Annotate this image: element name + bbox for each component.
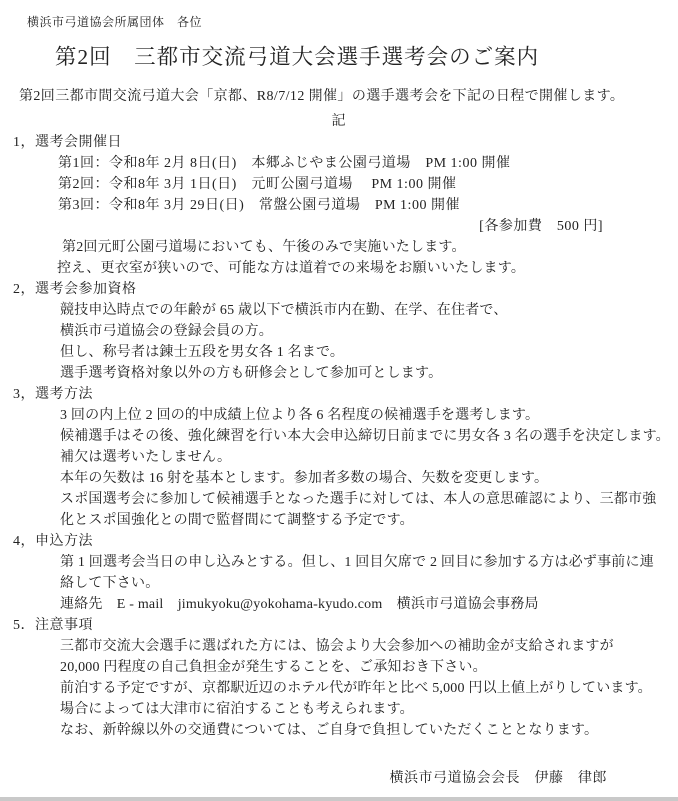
record-marker: 記 [0, 111, 678, 132]
section-5-line: 20,000 円程度の自己負担金が発生することを、ご承知おき下さい。 [0, 657, 678, 678]
section-2-line: 競技申込時点での年齢が 65 歳以下で横浜市内在勤、在学、在住者で、 [0, 300, 678, 321]
section-3-line: 補欠は選考いたしません。 [0, 447, 678, 468]
section-2-line: 但し、称号者は錬士五段を男女各 1 名まで。 [0, 342, 678, 363]
section-3-heading: 3，選考方法 [0, 384, 678, 405]
section-2-heading: 2，選考会参加資格 [0, 279, 678, 300]
section-4-line: 絡して下さい。 [0, 573, 678, 594]
section-3-line: 3 回の内上位 2 回の的中成績上位より各 6 名程度の候補選手を選考します。 [0, 405, 678, 426]
contact-email-line: 連絡先 E - mail jimukyoku@yokohama-kyudo.co… [0, 594, 678, 615]
section-4-heading: 4，申込方法 [0, 531, 678, 552]
schedule-round-2: 第2回：令和8年 3月 1日(日) 元町公園弓道場 PM 1:00 開催 [0, 174, 678, 195]
document-page: 横浜市弓道協会所属団体 各位 第2回 三都市交流弓道大会選手選考会のご案内 第2… [0, 0, 678, 801]
section-5-line: 前泊する予定ですが、京都駅近辺のホテル代が昨年と比べ 5,000 円以上値上がり… [0, 678, 678, 699]
section-1-note: 第2回元町公園弓道場においても、午後のみで実施いたします。 [0, 237, 678, 258]
section-5-line: 場合によっては大津市に宿泊することも考えられます。 [0, 699, 678, 720]
section-2-line: 選手選考資格対象以外の方も研修会として参加可とします。 [0, 363, 678, 384]
section-3-line: 本年の矢数は 16 射を基本とします。参加者多数の場合、矢数を変更します。 [0, 468, 678, 489]
section-5-line: なお、新幹線以外の交通費については、ご自身で負担していただくこととなります。 [0, 720, 678, 741]
section-1-heading: 1，選考会開催日 [0, 132, 678, 153]
section-4-line: 第 1 回選考会当日の申し込みとする。但し、1 回目欠席で 2 回目に参加する方… [0, 552, 678, 573]
signature-line: 横浜市弓道協会会長 伊藤 律郎 [0, 767, 678, 787]
intro-paragraph: 第2回三都市間交流弓道大会「京都、R8/7/12 開催」の選手選考会を下記の日程… [19, 85, 624, 105]
schedule-round-3: 第3回：令和8年 3月 29日(日) 常盤公園弓道場 PM 1:00 開催 [0, 195, 678, 216]
section-3-line: スポ国選考会に参加して候補選手となった選手に対しては、本人の意思確認により、三都… [0, 489, 678, 510]
section-5-heading: 5．注意事項 [0, 615, 678, 636]
page-title: 第2回 三都市交流弓道大会選手選考会のご案内 [0, 40, 678, 71]
document-body: 記 1，選考会開催日 第1回：令和8年 2月 8日(日) 本郷ふじやま公園弓道場… [0, 111, 678, 741]
schedule-round-1: 第1回：令和8年 2月 8日(日) 本郷ふじやま公園弓道場 PM 1:00 開催 [0, 153, 678, 174]
scan-edge-artifact [0, 797, 678, 801]
section-1-note: 控え、更衣室が狭いので、可能な方は道着での来場をお願いいたします。 [0, 258, 678, 279]
section-5-line: 三都市交流大会選手に選ばれた方には、協会より大会参加への補助金が支給されますが [0, 636, 678, 657]
recipient-line: 横浜市弓道協会所属団体 各位 [27, 13, 202, 30]
section-3-line: 候補選手はその後、強化練習を行い本大会申込締切日前までに男女各 3 名の選手を決… [0, 426, 678, 447]
fee-note: [各参加費 500 円] [0, 216, 678, 237]
section-3-line: 化とスポ国強化との間で監督間にて調整する予定です。 [0, 510, 678, 531]
section-2-line: 横浜市弓道協会の登録会員の方。 [0, 321, 678, 342]
